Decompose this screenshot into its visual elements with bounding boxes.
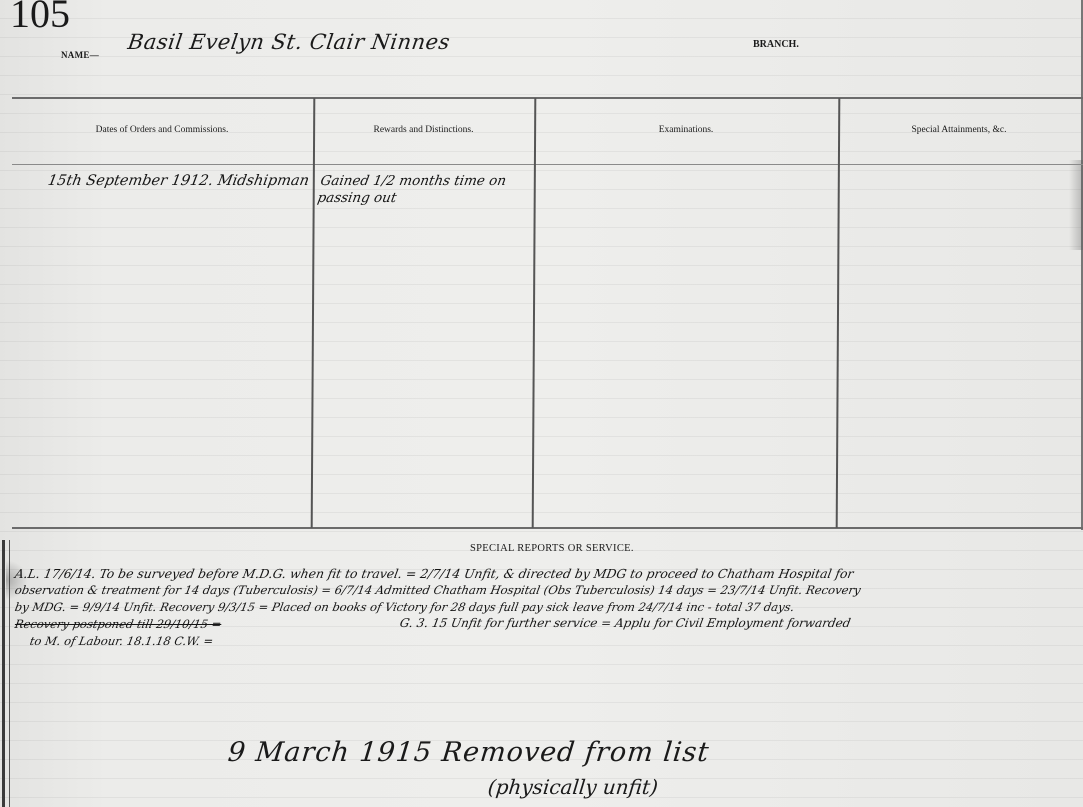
table-header-rule (12, 164, 1083, 165)
report-line: A.L. 17/6/14. To be surveyed before M.D.… (14, 566, 855, 581)
report-line-struck: Recovery postponed till 29/10/15 = (14, 617, 223, 631)
column-divider (311, 98, 316, 528)
column-divider (532, 98, 537, 528)
removal-note: 9 March 1915 Removed from list (226, 737, 711, 768)
report-line: by MDG. = 9/9/14 Unfit. Recovery 9/3/15 … (14, 600, 796, 614)
service-record-page: 105 NAME— Basil Evelyn St. Clair Ninnes … (0, 0, 1083, 807)
branch-label: BRANCH. (753, 39, 799, 50)
report-line: observation & treatment for 14 days (Tub… (14, 583, 862, 597)
column-header-rewards: Rewards and Distinctions. (314, 125, 533, 135)
name-label: NAME— (61, 50, 99, 60)
column-divider (836, 98, 841, 528)
table-top-rule (12, 97, 1083, 99)
column-header-attainments: Special Attainments, &c. (839, 125, 1079, 135)
rewards-entry: Gained 1/2 months time on passing out (316, 173, 532, 207)
report-line: G. 3. 15 Unfit for further service = App… (399, 616, 852, 630)
name-value: Basil Evelyn St. Clair Ninnes (126, 30, 451, 54)
record-number: 105 (10, 0, 70, 34)
removal-reason: (physically unfit) (487, 775, 659, 799)
special-reports-title: SPECIAL REPORTS OR SERVICE. (470, 543, 634, 554)
report-line: to M. of Labour. 18.1.18 C.W. = (29, 634, 215, 648)
column-header-orders: Dates of Orders and Commissions. (12, 125, 312, 135)
binding-edge (2, 540, 5, 807)
scan-shadow (1069, 160, 1083, 250)
orders-entry: 15th September 1912. Midshipman (47, 173, 311, 189)
column-header-examinations: Examinations. (535, 125, 837, 135)
table-bottom-rule (12, 527, 1083, 529)
